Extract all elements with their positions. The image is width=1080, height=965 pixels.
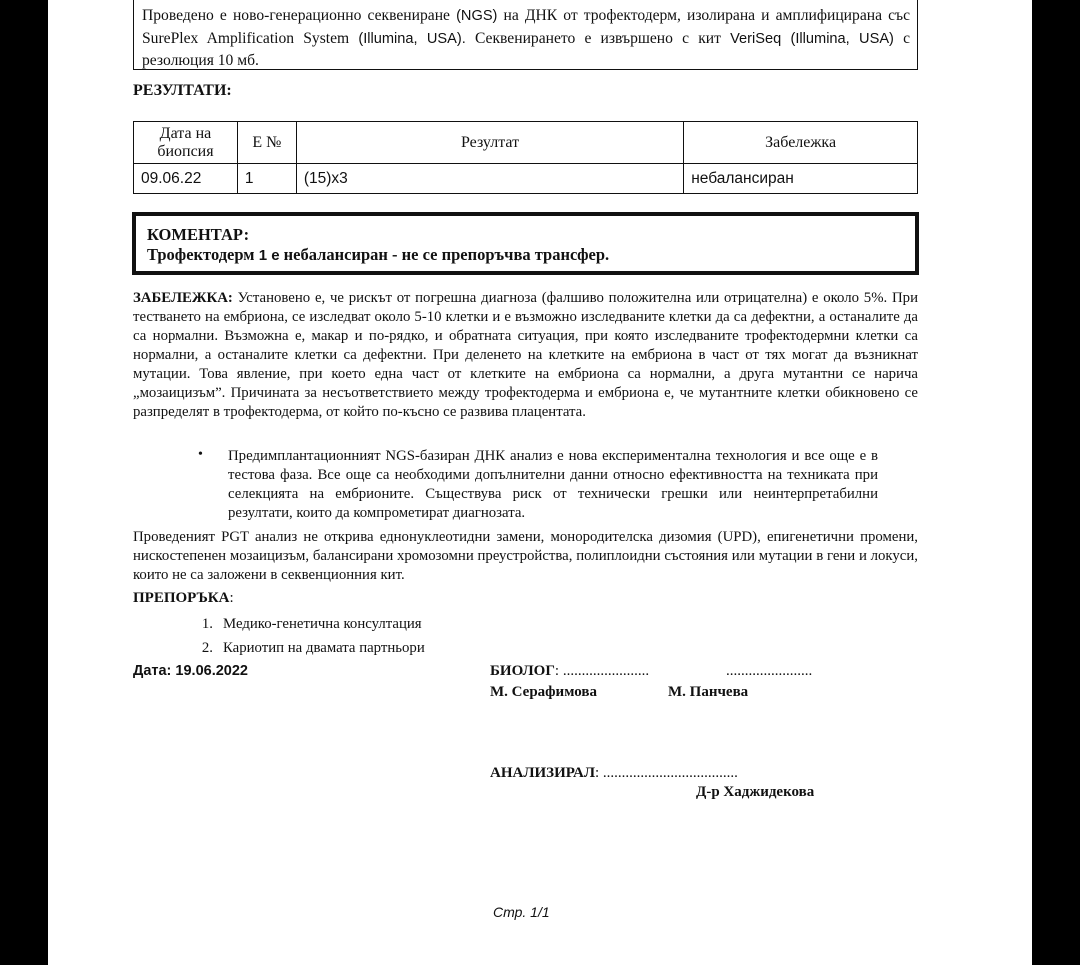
cell-note: небалансиран [684,164,918,194]
analyst-signature-line: АНАЛИЗИРАЛ: ............................… [490,765,738,782]
recommendation-heading: ПРЕПОРЪКА: [133,590,234,607]
recommendation-heading-label: ПРЕПОРЪКА [133,590,230,606]
comment-text-post: небалансиран - не се препоръчва трансфер… [280,245,610,264]
comment-heading: КОМЕНТАР: [147,225,915,245]
biologist-name-serafimova: М. Серафимова [490,684,597,700]
note-label: ЗАБЕЛЕЖКА: [133,290,233,306]
intro-veriseq: VeriSeq (Illumina, USA) [730,31,894,47]
report-date: Дата: 19.06.2022 [133,663,248,679]
cell-result: (15)x3 [296,164,683,194]
list-number: 1. [193,616,213,633]
list-text: Медико-генетична консултация [223,616,422,633]
col-header-result: Резултат [296,122,683,164]
biologist-name-1: М. Серафимова [490,684,597,701]
intro-text-1: Проведено е ново-генерационно секвениран… [142,7,456,24]
biologist-dots-1: : ....................... [555,663,649,679]
biologist-name-2: М. Панчева [668,684,748,701]
methodology-box: Проведено е ново-генерационно секвениран… [133,0,918,70]
bullet-icon: • [198,447,203,463]
comment-text-pre: Трофектодерм [147,245,259,264]
page-number: Стр. 1/1 [493,904,550,920]
analyst-name: Д-р Хаджидекова [696,784,814,801]
disclaimer-paragraph: ЗАБЕЛЕЖКА: Установено е, че рискът от по… [133,289,918,422]
results-header-row: Дата на биопсия Е № Резултат Забележка [134,122,918,164]
biologist-dots-2: ....................... [726,663,812,680]
biologist-name-pancheva: М. Панчева [668,684,748,700]
cell-biopsy-date: 09.06.22 [134,164,238,194]
table-row: 09.06.22 1 (15)x3 небалансиран [134,164,918,194]
intro-illumina: (Illumina, USA). [358,31,465,47]
experimental-tech-bullet: Предимплантационният NGS-базиран ДНК ана… [228,447,878,523]
col-header-note: Забележка [684,122,918,164]
comment-embryo-number: 1 е [259,247,280,264]
list-text: Кариотип на двамата партньори [223,640,425,657]
intro-text-3: Секвенирането е извършено с кит [466,30,730,47]
analyst-name-hadjidekova: Д-р Хаджидекова [696,784,814,800]
analyst-dots: : .................................... [595,765,738,781]
col-header-biopsy-date: Дата на биопсия [134,122,238,164]
document-page: Проведено е ново-генерационно секвениран… [48,0,1032,965]
comment-text: Трофектодерм 1 е небалансиран - не се пр… [147,245,915,266]
recommendation-colon: : [230,590,234,606]
note-text: Установено е, че рискът от погрешна диаг… [133,290,918,420]
col-header-embryo-no: Е № [237,122,296,164]
intro-ngs: (NGS) [456,8,497,24]
analyst-label: АНАЛИЗИРАЛ [490,765,595,781]
biologist-signature-line: БИОЛОГ: ....................... [490,663,649,680]
pgt-limitations-paragraph: Проведеният PGT анализ не открива еднону… [133,528,918,585]
biologist-label: БИОЛОГ [490,663,555,679]
list-number: 2. [193,640,213,657]
results-table: Дата на биопсия Е № Резултат Забележка 0… [133,121,918,194]
comment-box: КОМЕНТАР: Трофектодерм 1 е небалансиран … [132,212,919,275]
cell-embryo-no: 1 [237,164,296,194]
results-heading: РЕЗУЛТАТИ: [133,82,232,100]
